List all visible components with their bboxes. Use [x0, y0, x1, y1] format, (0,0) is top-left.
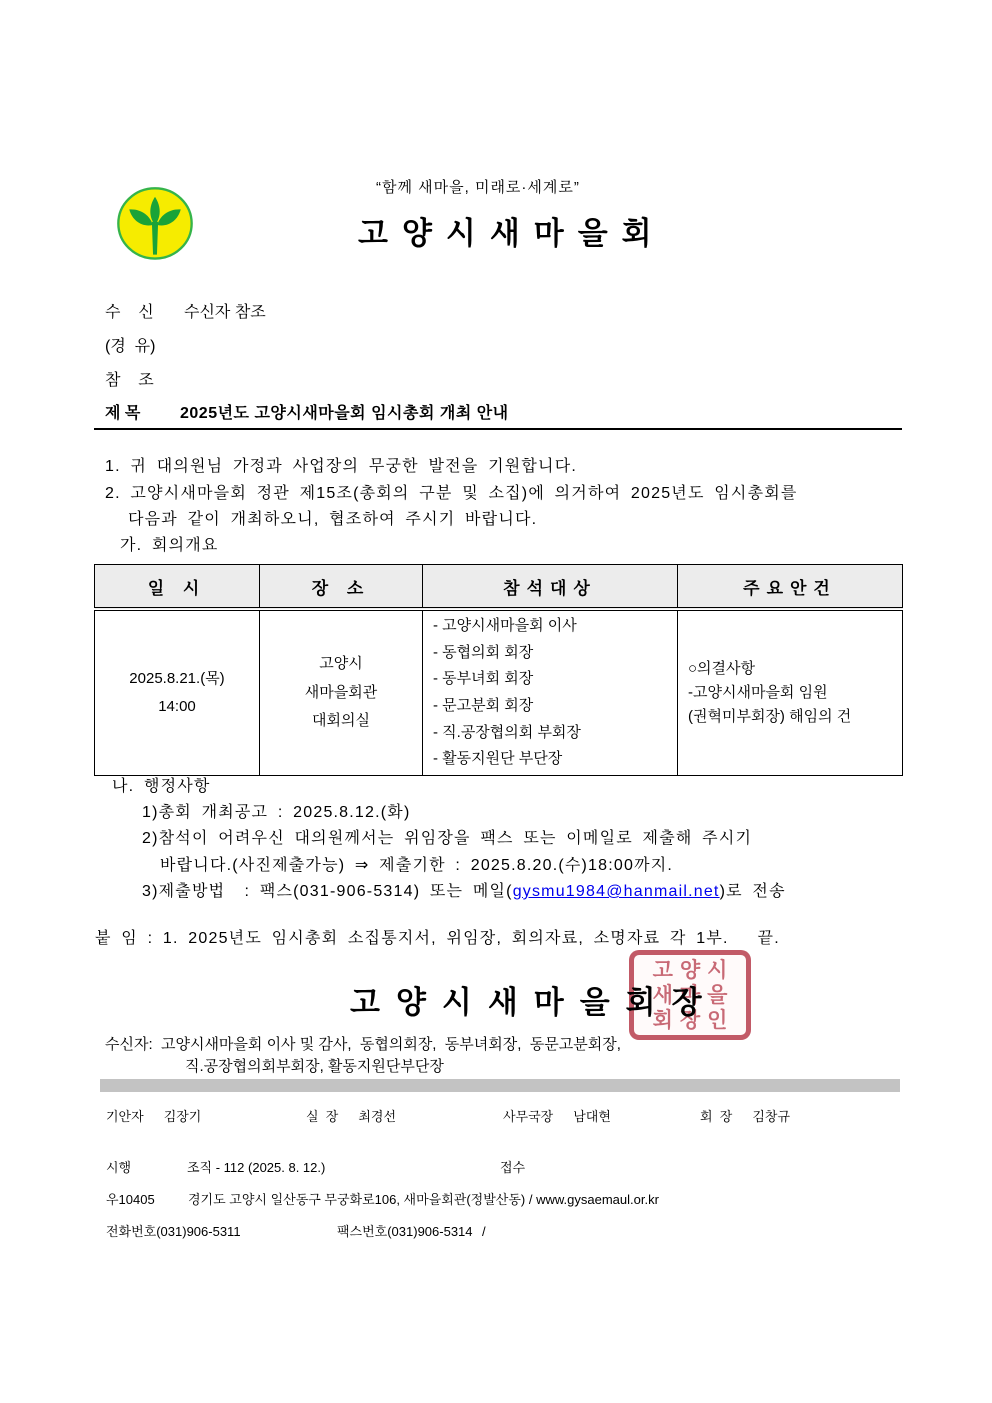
- cell-place: 고양시 새마을회관 대회의실: [260, 609, 423, 776]
- section-b-item1: 1)총회 개최공고 : 2025.8.12.(화): [142, 803, 410, 823]
- place-line: 고양시: [261, 650, 421, 679]
- saemaul-sprout-icon: [116, 186, 194, 264]
- meeting-overview-table: 일 시 장 소 참석대상 주요안건 2025.8.21.(목) 14:00 고양…: [94, 564, 903, 776]
- col-header-attendees: 참석대상: [423, 565, 678, 610]
- submit-method-suffix: )로 전송: [720, 883, 786, 900]
- col-header-place: 장 소: [260, 565, 423, 610]
- subject-divider: [94, 428, 902, 430]
- signer-name: 김창규: [752, 1106, 790, 1125]
- signer-role: 사무국장: [503, 1106, 553, 1125]
- section-a-title: 가. 회의개요: [120, 536, 219, 556]
- signer-name: 최경선: [358, 1106, 396, 1125]
- body-paragraph-2-line2: 다음과 같이 개최하오니, 협조하여 주시기 바랍니다.: [128, 510, 537, 530]
- email-link[interactable]: gysmu1984@hanmail.net: [513, 883, 720, 900]
- signer-drafter: 기안자 김장기: [106, 1106, 201, 1125]
- signer-role: 회 장: [700, 1106, 732, 1125]
- attendee-item: - 활동지원단 부단장: [433, 746, 676, 773]
- org-address: 경기도 고양시 일산동구 무궁화로106, 새마을회관(정발산동) / www.…: [188, 1192, 659, 1208]
- agenda-line: (권혁미부회장) 해임의 건: [688, 705, 901, 729]
- attendee-item: - 동부녀회 회장: [433, 666, 676, 693]
- place-line: 대회의실: [261, 707, 421, 736]
- recipients-line2: 직.공장협의회부회장, 활동지원단부단장: [185, 1058, 444, 1077]
- attendee-item: - 고양시새마을회 이사: [433, 613, 676, 640]
- cell-attendees: - 고양시새마을회 이사 - 동협의회 회장 - 동부녀회 회장 - 문고분회 …: [423, 609, 678, 776]
- attendee-item: - 직.공장협의회 부회장: [433, 720, 676, 747]
- seal-row: 회장인: [646, 1008, 735, 1033]
- meeting-time: 14:00: [96, 693, 258, 722]
- saemaul-logo: [116, 186, 194, 264]
- submit-method-prefix: 3)제출방법 : 팩스(031-906-5314) 또는 메일(: [142, 883, 513, 900]
- section-b-item3: 3)제출방법 : 팩스(031-906-5314) 또는 메일(gysmu198…: [142, 882, 786, 902]
- agenda-line: -고양시새마을회 임원: [688, 681, 901, 705]
- col-header-datetime: 일 시: [95, 565, 260, 610]
- org-name-title: 고양시새마을회: [358, 208, 666, 253]
- receipt-label: 접수: [500, 1160, 525, 1176]
- signer-president: 회 장 김창규: [700, 1106, 790, 1125]
- meeting-date: 2025.8.21.(목): [96, 665, 258, 694]
- seal-row: 새마을: [646, 983, 735, 1008]
- footer-divider-bar: [100, 1079, 900, 1092]
- section-b-title: 나. 행정사항: [112, 777, 211, 797]
- signer-office-head: 실 장 최경선: [306, 1106, 396, 1125]
- place-line: 새마을회관: [261, 679, 421, 708]
- attachment-line: 붙 임 : 1. 2025년도 임시총회 소집통지서, 위임장, 회의자료, 소…: [95, 929, 780, 949]
- org-slogan: “함께 새마을, 미래로·세계로”: [376, 176, 580, 197]
- signer-role: 실 장: [306, 1106, 338, 1125]
- subject-value: 2025년도 고양시새마을회 임시총회 개최 안내: [180, 404, 509, 424]
- signer-name: 김장기: [164, 1106, 202, 1125]
- table-header-row: 일 시 장 소 참석대상 주요안건: [95, 565, 903, 610]
- document-page: “함께 새마을, 미래로·세계로” 고양시새마을회 수 신 수신자 참조 (경 …: [0, 0, 992, 1403]
- body-paragraph-2-line1: 2. 고양시새마을회 정관 제15조(총회의 구분 및 소집)에 의거하여 20…: [105, 484, 798, 504]
- attendee-item: - 문고분회 회장: [433, 693, 676, 720]
- signer-name: 남대현: [573, 1106, 611, 1125]
- recipient-label: 수 신: [105, 303, 154, 323]
- body-paragraph-1: 1. 귀 대의원님 가정과 사업장의 무궁한 발전을 기원합니다.: [105, 457, 577, 477]
- dispatch-label: 시행: [106, 1160, 131, 1176]
- agenda-line: ○의결사항: [688, 657, 901, 681]
- section-b-item2-line2: 바랍니다.(사진제출가능) ⇒ 제출기한 : 2025.8.20.(수)18:0…: [160, 856, 673, 876]
- recipients-line1: 수신자: 고양시새마을회 이사 및 감사, 동협의회장, 동부녀회장, 동문고분…: [105, 1036, 621, 1055]
- signer-secretary-general: 사무국장 남대현: [503, 1106, 611, 1125]
- via-label: (경 유): [105, 337, 155, 357]
- reference-label: 참 조: [105, 371, 154, 391]
- official-seal-stamp: 고양시 새마을 회장인: [629, 950, 751, 1040]
- subject-label: 제 목: [105, 404, 140, 424]
- col-header-agenda: 주요안건: [678, 565, 903, 610]
- footer-slash: /: [482, 1224, 486, 1240]
- signer-role: 기안자: [106, 1106, 144, 1125]
- phone-number: 전화번호(031)906-5311: [106, 1224, 241, 1240]
- section-b-item2-line1: 2)참석이 어려우신 대의원께서는 위임장을 팩스 또는 이메일로 제출해 주시…: [142, 829, 752, 849]
- cell-agenda: ○의결사항 -고양시새마을회 임원 (권혁미부회장) 해임의 건: [678, 609, 903, 776]
- postal-code: 우10405: [106, 1192, 155, 1208]
- attendee-item: - 동협의회 회장: [433, 640, 676, 667]
- dispatch-value: 조직 - 112 (2025. 8. 12.): [187, 1160, 325, 1176]
- cell-datetime: 2025.8.21.(목) 14:00: [95, 609, 260, 776]
- fax-number: 팩스번호(031)906-5314: [337, 1224, 473, 1240]
- recipient-value: 수신자 참조: [184, 303, 266, 323]
- seal-row: 고양시: [646, 958, 735, 983]
- table-body-row: 2025.8.21.(목) 14:00 고양시 새마을회관 대회의실 - 고양시…: [95, 609, 903, 776]
